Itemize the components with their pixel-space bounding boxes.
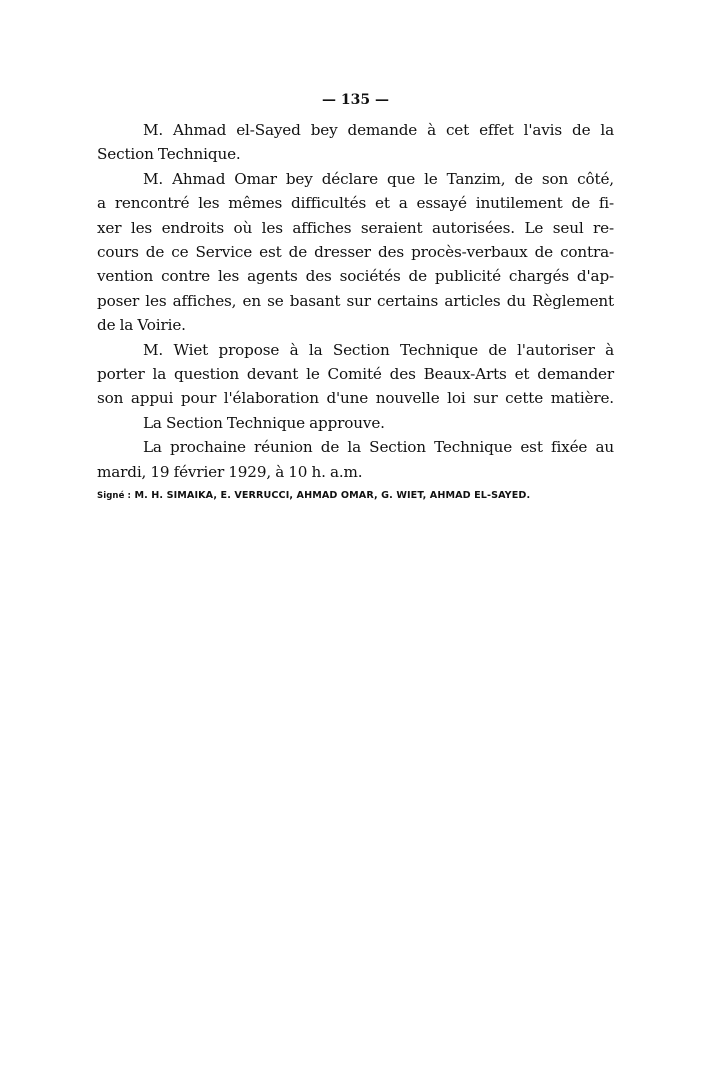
paragraph-1: M. Ahmad el-Sayed bey demande à cet effe… <box>97 118 614 167</box>
text-line: M. Ahmad el-Sayed bey demande à cet effe… <box>97 118 614 142</box>
text-line: xer les endroits où les affiches seraien… <box>97 216 614 240</box>
paragraph-2: M. Ahmad Omar bey déclare que le Tanzim,… <box>97 167 614 338</box>
text-line: a rencontré les mêmes difficultés et a e… <box>97 191 614 215</box>
text-line: Section Technique. <box>97 142 614 166</box>
document-page: — 135 — M. Ahmad el-Sayed bey demande à … <box>97 88 614 501</box>
signature-label: Signé : <box>97 491 131 501</box>
signature-names: M. H. SIMAIKA, E. VERRUCCI, AHMAD OMAR, … <box>134 490 530 501</box>
signature-line: Signé : M. H. SIMAIKA, E. VERRUCCI, AHMA… <box>97 490 614 501</box>
text-line: de la Voirie. <box>97 313 614 337</box>
text-line: M. Ahmad Omar bey déclare que le Tanzim,… <box>97 167 614 191</box>
paragraph-5: La prochaine réunion de la Section Techn… <box>97 435 614 484</box>
text-line: son appui pour l'élaboration d'une nouve… <box>97 386 614 410</box>
text-line: La prochaine réunion de la Section Techn… <box>97 435 614 459</box>
body-text: M. Ahmad el-Sayed bey demande à cet effe… <box>97 118 614 484</box>
text-line: M. Wiet propose à la Section Technique d… <box>97 338 614 362</box>
paragraph-4: La Section Technique approuve. <box>97 411 614 435</box>
paragraph-3: M. Wiet propose à la Section Technique d… <box>97 338 614 411</box>
text-line: vention contre les agents des sociétés d… <box>97 264 614 288</box>
text-line: poser les affiches, en se basant sur cer… <box>97 289 614 313</box>
text-line: cours de ce Service est de dresser des p… <box>97 240 614 264</box>
text-line: porter la question devant le Comité des … <box>97 362 614 386</box>
text-line: mardi, 19 février 1929, à 10 h. a.m. <box>97 460 614 484</box>
page-number: — 135 — <box>97 88 614 118</box>
text-line: La Section Technique approuve. <box>97 411 614 435</box>
